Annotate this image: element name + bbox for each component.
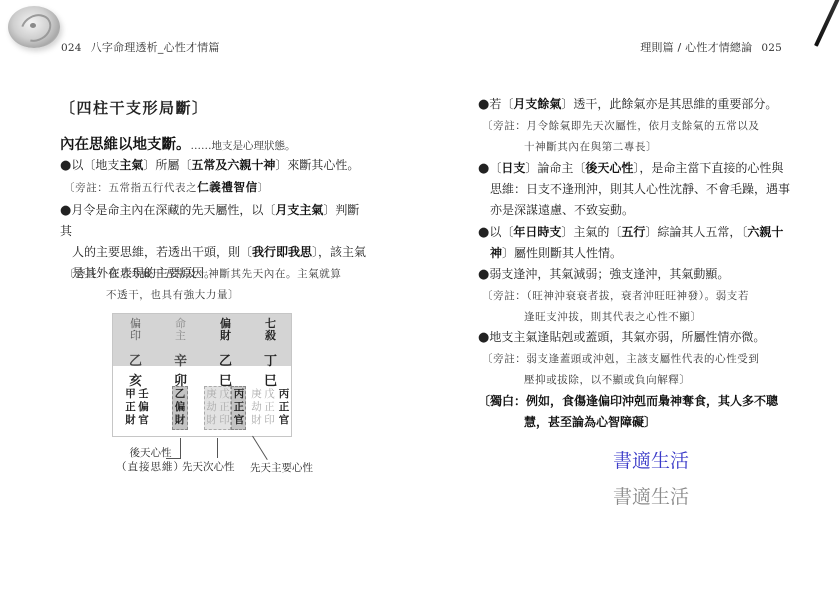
text: 〕所屬〔 (143, 158, 191, 172)
right-page-number: 025 (761, 42, 782, 54)
text: 戊 (264, 388, 275, 400)
side-note-2: 〔旁註：依月令藏干五常及十神斷其先天內在。主氣就算 不透干，也具有強大力量〕 (64, 264, 342, 306)
text: 甲 (125, 388, 136, 400)
text: 〕綜論其人五常，〔 (645, 225, 747, 239)
decorative-disc-icon (8, 6, 60, 48)
ten-god-col-3: 偏財 (203, 318, 248, 342)
line: 壓抑或拔除，以不顯或負向解釋〕 (482, 370, 760, 391)
text: 〕來斷其心性。 (275, 158, 359, 172)
left-running-head: 024八字命理透析_心性才情篇 (61, 39, 220, 55)
text: 戊 (219, 388, 230, 400)
text: 地支主氣逢貼剋或蓋頭，其氣亦弱，所屬性情亦微。 (489, 330, 765, 344)
bold-text: 五常及六親十神 (191, 158, 275, 172)
hidden-stems-3-main: 丙正官 (232, 388, 246, 427)
text: 以〔地支 (71, 158, 119, 172)
line: 不透干，也具有強大力量〕 (64, 285, 342, 306)
bullet-icon: ● (478, 225, 489, 240)
side-note-r1: 〔旁註：月令餘氣即先天次屬性，依月支餘氣的五常以及 十神斷其內在與第二專長〕 (482, 116, 760, 158)
stem-1: 乙 (113, 350, 158, 369)
text: 正 (279, 401, 290, 413)
text: 財 (175, 414, 186, 426)
hidden-stems-1: 甲正財壬偏官 (123, 388, 151, 427)
text: 財 (206, 414, 217, 426)
line: 逢旺支沖拔，則其代表之心性不顯〕 (482, 307, 749, 328)
hidden-stems-4-main: 丙正官 (277, 388, 291, 427)
text: 丙 (279, 388, 290, 400)
book-spread: 024八字命理透析_心性才情篇 理則篇 / 心性才情總論025 〔四柱干支形局斷… (0, 0, 840, 595)
text: 財 (203, 330, 248, 342)
bold-text: 月支主氣 (275, 203, 323, 217)
right-running-head: 理則篇 / 心性才情總論025 (640, 39, 782, 55)
text: 官 (234, 414, 245, 426)
line: 〔旁註：月令餘氣即先天次屬性，依月支餘氣的五常以及 (482, 116, 760, 137)
text: 劫 (206, 401, 217, 413)
line: 〔旁註：弱支逢蓋頭或沖剋，主該支屬性代表的心性受到 (482, 349, 760, 370)
bullet-icon: ● (478, 330, 489, 345)
ten-god-col-4: 七殺 (248, 318, 293, 342)
bazi-chart: 偏印 命主 偏財 七殺 乙 辛 乙 丁 亥 卯 巳 巳 甲正財壬偏官 乙偏財 庚… (112, 313, 292, 437)
side-note-r2: 〔旁註：（旺神沖衰衰者拔，衰者沖旺旺神發）。弱支若 逢旺支沖拔，則其代表之心性不… (482, 286, 749, 328)
pointer-line-primary (252, 436, 268, 460)
text: 庚 (206, 388, 217, 400)
text: 印 (264, 414, 275, 426)
bold-text: 我行即我思 (252, 245, 312, 259)
text: 〕論命主〔 (525, 161, 585, 175)
text: 官 (138, 414, 149, 426)
hidden-stems-2: 乙偏財 (173, 388, 187, 427)
line: 〔旁註：依月令藏干五常及十神斷其先天內在。主氣就算 (64, 264, 342, 285)
text: 正 (125, 401, 136, 413)
text: 主 (158, 330, 203, 342)
bold-text: 月支餘氣 (513, 97, 561, 111)
side-note-1: 〔旁註：五常指五行代表之仁義禮智信〕 (64, 177, 269, 199)
bold-text: 六親十 (747, 225, 783, 239)
side-note-r3: 〔旁註：弱支逢蓋頭或沖剋，主該支屬性代表的心性受到 壓抑或拔除，以不顯或負向解釋… (482, 349, 760, 391)
branch-4: 巳 (248, 370, 293, 389)
section-title: 〔四柱干支形局斷〕 (60, 97, 209, 118)
text: 財 (125, 414, 136, 426)
lead-heading: 內在思維以地支斷。……地支是心理狀態。 (60, 133, 296, 154)
text: 乙 (175, 388, 186, 400)
stem-2: 辛 (158, 350, 203, 369)
text: 〔旁註：五常指五行代表之 (64, 182, 197, 194)
hidden-stems-4-residual: 庚劫財戊正印 (249, 388, 277, 427)
text: 殺 (248, 330, 293, 342)
text: 正 (234, 401, 245, 413)
bullet-paragraph-r4: ●弱支逢沖，其氣減弱；強支逢沖，其氣動顯。 (478, 264, 798, 285)
bullet-icon: ● (478, 97, 489, 112)
text: 弱支逢沖，其氣減弱；強支逢沖，其氣動顯。 (489, 267, 729, 281)
right-running-title: 理則篇 / 心性才情總論 (640, 41, 752, 54)
bold-text: 仁義禮智信 (197, 180, 258, 194)
hidden-stems-3-residual: 庚劫財戊正印 (204, 388, 232, 427)
bold-text: 年日時支 (513, 225, 561, 239)
label-acquired-nature: 後天心性 （直接思維） (116, 446, 185, 474)
line: 亦是深謀遠慮、不致妄動。 (478, 200, 798, 221)
text: 若〔 (489, 97, 513, 111)
bold-text: 五行 (621, 225, 645, 239)
stem-3: 乙 (203, 350, 248, 369)
pen-icon (814, 0, 840, 47)
bold-text: 神 (490, 246, 502, 260)
bullet-paragraph-r3: ●以〔年日時支〕主氣的〔五行〕綜論其人五常，〔六親十 神〕屬性則斷其人性情。 (478, 222, 798, 264)
bold-text: 日支 (501, 161, 525, 175)
watermark-gray: 書適生活 (613, 482, 689, 509)
text: 正 (219, 401, 230, 413)
text: 偏 (138, 401, 149, 413)
text: 月令是命主內在深藏的先天屬性，以〔 (71, 203, 275, 217)
text: 〕，是命主當下直接的心性與 (633, 161, 783, 175)
lead-aside-text: ……地支是心理狀態。 (191, 140, 296, 152)
text: 〕，該主氣 (312, 245, 366, 259)
label-innate-secondary: 先天次心性 (182, 460, 235, 474)
stem-4: 丁 (248, 350, 293, 369)
text: 庚 (251, 388, 262, 400)
line: 慧，甚至論為心智障礙〕 (478, 412, 778, 433)
text: 正 (264, 401, 275, 413)
text: 印 (113, 330, 158, 342)
text: 偏 (175, 401, 186, 413)
line: 人的主要思維，若透出干頭，則〔我行即我思〕，該主氣 (60, 242, 370, 263)
bullet-icon: ● (478, 161, 489, 176)
text: 〕屬性則斷其人性情。 (502, 246, 622, 260)
text: 以〔 (489, 225, 513, 239)
bullet-icon: ● (478, 267, 489, 282)
text: 〕透干，此餘氣亦是其思維的重要部分。 (561, 97, 777, 111)
bullet-paragraph-r1: ●若〔月支餘氣〕透干，此餘氣亦是其思維的重要部分。 (478, 94, 798, 115)
bullet-paragraph-r5: ●地支主氣逢貼剋或蓋頭，其氣亦弱，所屬性情亦微。 (478, 327, 798, 348)
text: 後天心性 (116, 446, 185, 460)
line: 〔獨白：例如，食傷逢偏印沖剋而梟神奪食，其人多不聰 (478, 391, 778, 412)
text: （直接思維） (116, 460, 185, 474)
text: 〔 (489, 161, 501, 175)
left-running-title: 八字命理透析_心性才情篇 (91, 41, 220, 54)
watermark-blue: 書適生活 (613, 446, 689, 473)
pointer-line-secondary (217, 438, 218, 458)
lead-bold-text: 內在思維以地支斷。 (60, 137, 191, 153)
text: 官 (279, 414, 290, 426)
line: 十神斷其內在與第二專長〕 (482, 137, 760, 158)
bullet-icon: ● (60, 158, 71, 173)
text: 人的主要思維，若透出干頭，則〔 (72, 245, 252, 259)
text: 劫 (251, 401, 262, 413)
text: 〕 (258, 182, 269, 194)
bold-text: 主氣 (119, 158, 143, 172)
text: 〕主氣的〔 (561, 225, 621, 239)
branch-1: 亥 (113, 370, 158, 389)
text: 印 (219, 414, 230, 426)
text: 壬 (138, 388, 149, 400)
text: 丙 (234, 388, 245, 400)
label-innate-primary: 先天主要心性 (250, 461, 313, 475)
line: 思維：日支不逢刑沖，則其人心性沈靜、不會毛躁，遇事 (478, 179, 798, 200)
line: 神〕屬性則斷其人性情。 (478, 243, 798, 264)
bold-text: 後天心性 (585, 161, 633, 175)
bullet-paragraph-r2: ●〔日支〕論命主〔後天心性〕，是命主當下直接的心性與 思維：日支不逢刑沖，則其人… (478, 158, 798, 221)
ten-god-col-2: 命主 (158, 318, 203, 342)
text: 財 (251, 414, 262, 426)
left-page-number: 024 (61, 42, 82, 54)
ten-god-col-1: 偏印 (113, 318, 158, 342)
line: 〔旁註：（旺神沖衰衰者拔，衰者沖旺旺神發）。弱支若 (482, 286, 749, 307)
monologue-paragraph: 〔獨白：例如，食傷逢偏印沖剋而梟神奪食，其人多不聰 慧，甚至論為心智障礙〕 (478, 391, 778, 433)
bullet-paragraph-1: ●以〔地支主氣〕所屬〔五常及六親十神〕來斷其心性。 (60, 155, 359, 176)
bullet-icon: ● (60, 203, 71, 218)
